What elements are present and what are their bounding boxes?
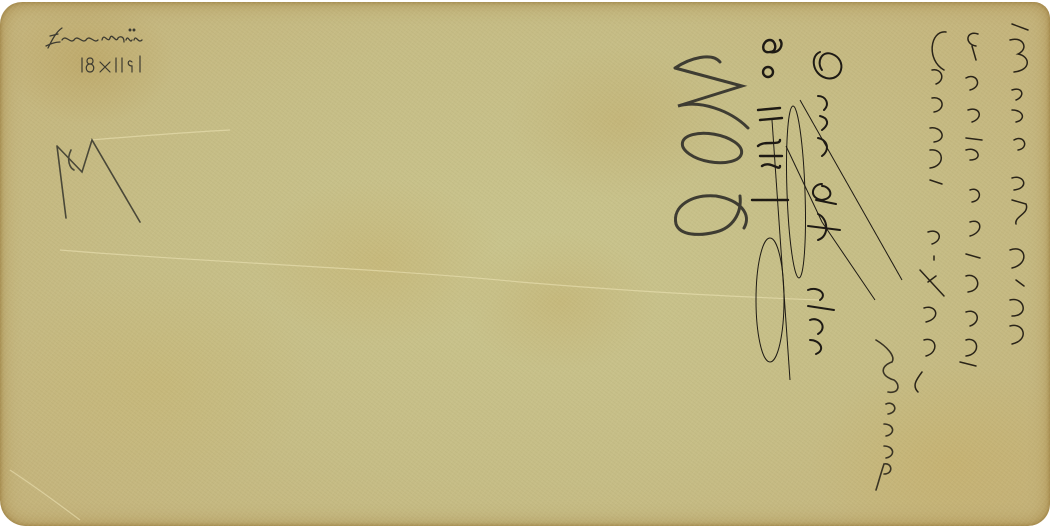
pencil-m-mark <box>57 140 140 222</box>
ink-text-right-lines <box>915 24 1028 392</box>
handwriting-layer <box>0 0 1052 530</box>
pencil-title-emmaus <box>46 28 142 48</box>
pencil-number-six <box>675 57 748 235</box>
pencil-date <box>82 56 140 72</box>
ink-text-roma <box>876 340 898 490</box>
ink-text-sortie <box>752 40 788 200</box>
